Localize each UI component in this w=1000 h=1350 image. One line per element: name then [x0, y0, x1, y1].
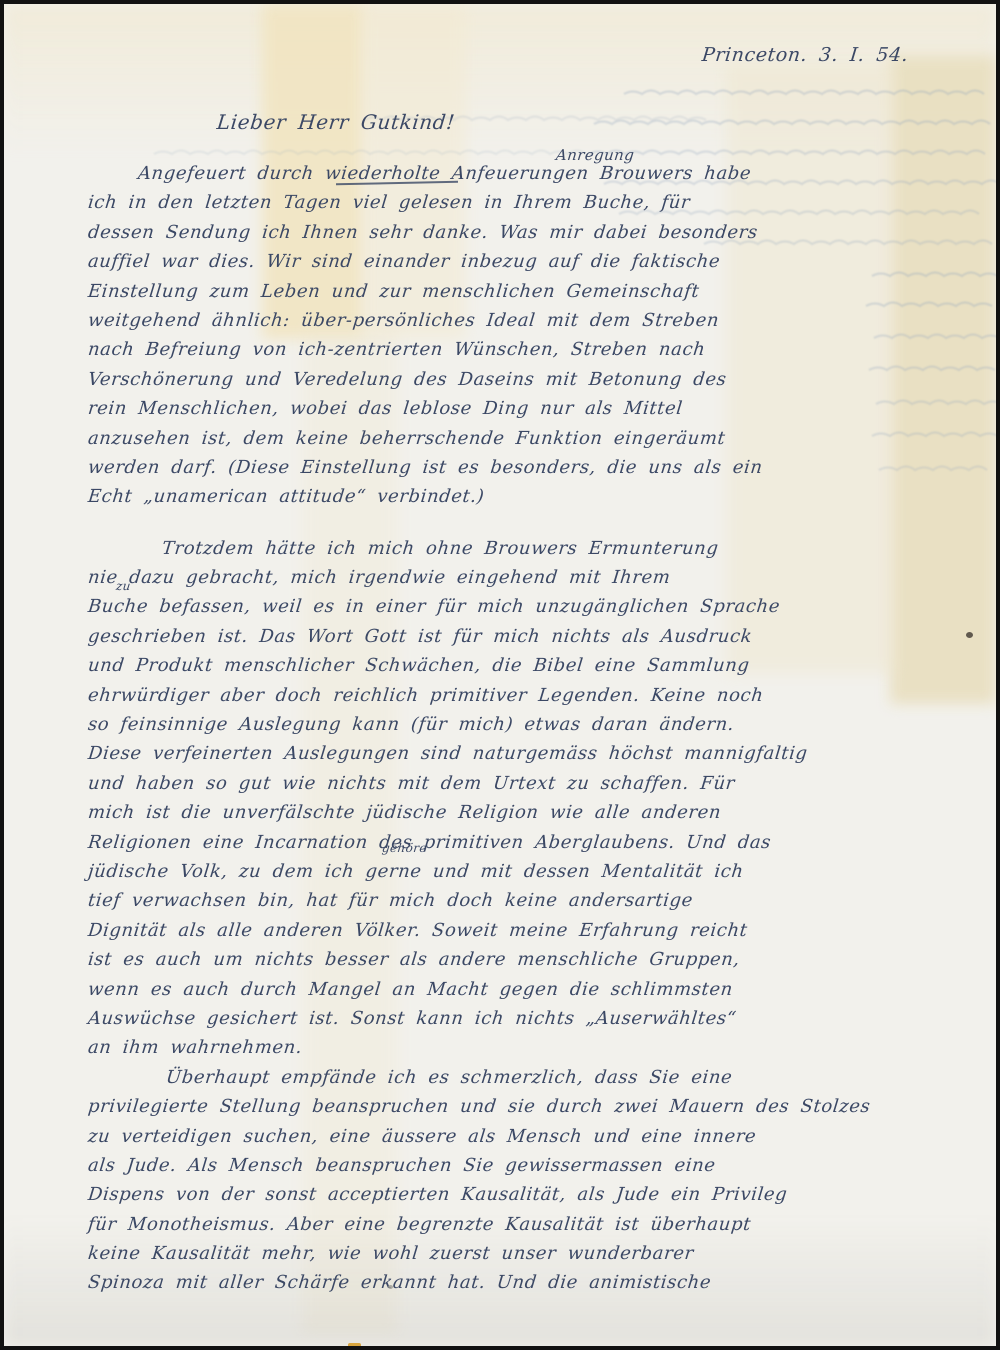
manuscript-line: Trotzdem hätte ich mich ohne Brouwers Er… — [86, 534, 919, 563]
manuscript-line: weitgehend ähnlich: über-persönliches Id… — [86, 306, 919, 335]
manuscript-line: keine Kausalität mehr, wie wohl zuerst u… — [86, 1239, 919, 1268]
manuscript-line: ehrwürdiger aber doch reichlich primitiv… — [86, 681, 919, 710]
paragraph: Angefeuert durch wiederholte Anfeuerunge… — [88, 159, 918, 512]
manuscript-line: an ihm wahrnehmen. — [86, 1033, 919, 1062]
manuscript-line: Religionen eine Incarnation des primitiv… — [86, 828, 919, 857]
manuscript-line: Überhaupt empfände ich es schmerzlich, d… — [86, 1063, 919, 1092]
manuscript-line: ist es auch um nichts besser als andere … — [86, 945, 919, 974]
manuscript-line: Spinoza mit aller Schärfe erkannt hat. U… — [86, 1268, 919, 1297]
paper-speck — [388, 1285, 393, 1289]
manuscript-line: und haben so gut wie nichts mit dem Urte… — [86, 769, 919, 798]
manuscript-line: zu verteidigen suchen, eine äussere als … — [86, 1122, 919, 1151]
paper-age-tint-top — [4, 4, 996, 154]
manuscript-line: Diese verfeinerten Auslegungen sind natu… — [86, 739, 919, 768]
manuscript-line: für Monotheismus. Aber eine begrenzte Ka… — [86, 1210, 919, 1239]
bleedthrough-line — [594, 121, 990, 125]
manuscript-line: ich in den letzten Tagen viel gelesen in… — [86, 188, 919, 217]
bleedthrough-line — [624, 91, 984, 95]
salutation: Lieber Herr Gutkind! — [216, 110, 456, 134]
manuscript-line: Einstellung zum Leben und zur menschlich… — [86, 277, 919, 306]
manuscript-line: anzusehen ist, dem keine beherrschende F… — [86, 424, 919, 453]
manuscript-line: mich ist die unverfälschte jüdische Reli… — [86, 798, 919, 827]
manuscript-line: tief verwachsen bin, hat für mich doch k… — [86, 886, 919, 915]
manuscript-line: werden darf. (Diese Einstellung ist es b… — [86, 453, 919, 482]
date-line: Princeton. 3. I. 54. — [701, 44, 910, 66]
bleedthrough-line — [589, 151, 985, 155]
manuscript-line: geschrieben ist. Das Wort Gott ist für m… — [86, 622, 919, 651]
paragraph: Trotzdem hätte ich mich ohne Brouwers Er… — [88, 534, 918, 1063]
letter-scan-page: Princeton. 3. I. 54. Lieber Herr Gutkind… — [0, 0, 1000, 1350]
manuscript-line: so feinsinnige Auslegung kann (für mich)… — [86, 710, 919, 739]
manuscript-line: Echt „unamerican attitude“ verbindet.) — [86, 482, 919, 511]
manuscript-line: Dignität als alle anderen Völker. Soweit… — [86, 916, 919, 945]
manuscript-line: Angefeuert durch wiederholte Anfeuerunge… — [86, 159, 919, 188]
manuscript-line: nie dazu gebracht, mich irgendwie eingeh… — [86, 563, 919, 592]
paper-stain — [348, 1343, 361, 1350]
manuscript-line: privilegierte Stellung beanspruchen und … — [86, 1092, 919, 1121]
ink-speck — [966, 632, 973, 638]
manuscript-line: Dispens von der sonst acceptierten Kausa… — [86, 1180, 919, 1209]
manuscript-line: Auswüchse gesichert ist. Sonst kann ich … — [86, 1004, 919, 1033]
manuscript-line: und Produkt menschlicher Schwächen, die … — [86, 651, 919, 680]
manuscript-line: nach Befreiung von ich-zentrierten Wünsc… — [86, 335, 919, 364]
bleedthrough-line — [154, 151, 586, 155]
manuscript-line: jüdische Volk, zu dem ich gerne und mit … — [86, 857, 919, 886]
manuscript-line: als Jude. Als Mensch beanspruchen Sie ge… — [86, 1151, 919, 1180]
manuscript-line: dessen Sendung ich Ihnen sehr danke. Was… — [86, 218, 919, 247]
letter-body: Angefeuert durch wiederholte Anfeuerunge… — [88, 159, 918, 1298]
manuscript-line: Buche befassen, weil es in einer für mic… — [86, 592, 919, 621]
paragraph: Überhaupt empfände ich es schmerzlich, d… — [88, 1063, 918, 1298]
manuscript-line: wenn es auch durch Mangel an Macht gegen… — [86, 975, 919, 1004]
manuscript-line: Verschönerung und Veredelung des Daseins… — [86, 365, 919, 394]
manuscript-line: rein Menschlichen, wobei das leblose Din… — [86, 394, 919, 423]
manuscript-line: auffiel war dies. Wir sind einander inbe… — [86, 247, 919, 276]
